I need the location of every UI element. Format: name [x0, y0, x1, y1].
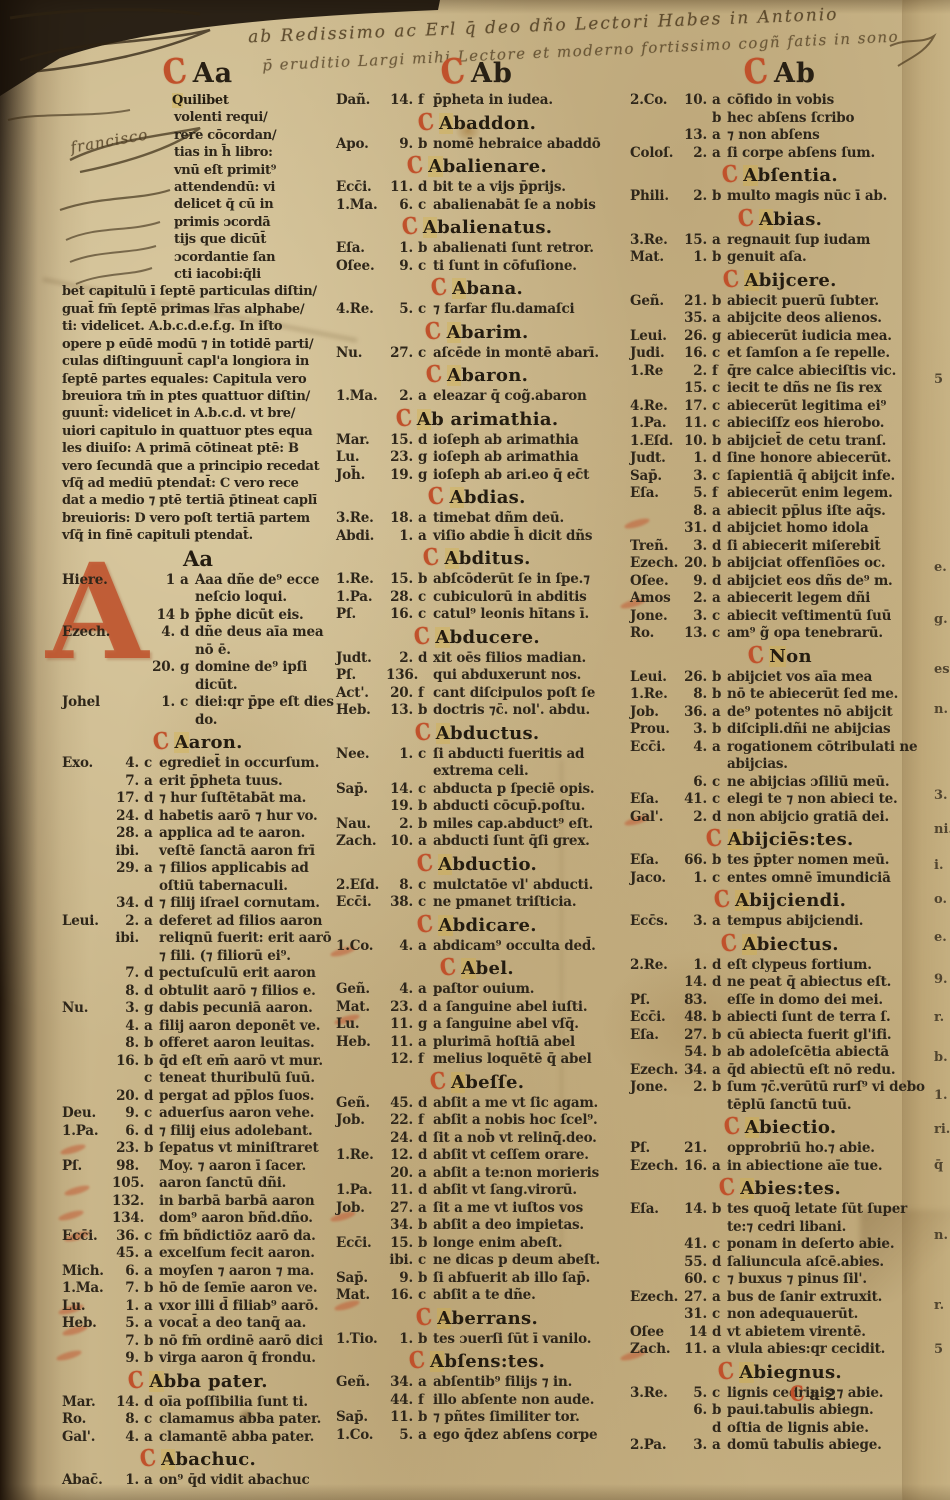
entry-row: 1.Re.8.bnō te abiecerūt ſed me. — [630, 686, 930, 704]
section-letter: a — [418, 1427, 433, 1445]
book-ref: 3.Re. — [630, 1385, 680, 1403]
book-ref: Eſa. — [630, 791, 680, 809]
entry-row: Joh̄.19.gioſeph ab ari.eo q̄ ec̄t — [336, 467, 618, 485]
citation-text: entes omnē īmundiciā — [727, 870, 930, 888]
chapter-number: 8. — [112, 1411, 144, 1429]
entry-row: Eſa.5.fabiecerūt enim legem. — [630, 485, 930, 503]
citation-text: abiecerūt legitima ei⁹ — [727, 398, 930, 416]
book-ref: Eſa. — [630, 852, 680, 870]
section-letter: b — [712, 1027, 727, 1045]
citation-text: bus de ſanir extruxit. — [727, 1289, 930, 1307]
citation-text: ſit a nob̄ vt relinq̄.deo. — [433, 1130, 618, 1148]
chapter-number: 132. — [112, 1193, 144, 1211]
section-letter: d — [418, 179, 433, 197]
section-heading: CAbarim. — [336, 320, 618, 344]
section-letter: a — [712, 145, 727, 163]
citation-text: abſit a nobis hoc ſcel⁹. — [433, 1112, 618, 1130]
book-ref: Ezech. — [630, 1158, 680, 1176]
chapter-number: 10. — [680, 433, 712, 451]
section-title-initial: A — [450, 487, 464, 508]
prologue-line: volenti requi/ — [174, 109, 334, 126]
column-header-label: Ab — [471, 58, 513, 89]
book-page: ab Redissimo ac Erl q̄ deo dño Lectori H… — [0, 0, 950, 1500]
section-title: bſens:tes. — [444, 1351, 545, 1372]
chapter-number: 2. — [386, 388, 418, 406]
section-letter: d — [712, 957, 727, 975]
book-ref: 1.Pa. — [62, 1123, 112, 1141]
entry-row: Gal'.2.dnon abijcio gratiā dei. — [630, 809, 930, 827]
book-ref: 1.Pa. — [336, 589, 386, 607]
edge-text-fragment: r. — [934, 1298, 950, 1313]
section-letter: d — [144, 1394, 159, 1412]
chapter-number: 7. — [112, 1333, 144, 1351]
section-letter: c — [712, 380, 727, 398]
citation-text: ſit a me vt iuſtos vos — [433, 1200, 618, 1218]
section-letter: b — [712, 188, 727, 206]
entry-row: Apo.9.bnomē hebraice abaddō — [336, 136, 618, 154]
citation-text: virga aaron q̄ frondu. — [159, 1350, 334, 1368]
section-letter: f — [418, 1392, 433, 1410]
book-ref: 1.Co. — [336, 938, 386, 956]
pilcrow-icon: C — [429, 273, 449, 301]
section-letter: b — [712, 1079, 727, 1097]
citation-text: abijciet homo idola — [727, 520, 930, 538]
entry-row: 20.dpergat ad pp̄los ſuos. — [62, 1088, 334, 1106]
prologue-line: dat a medio ⁊ ptē tertiā p̄tineat caplī — [62, 492, 334, 509]
citation-text: fm̄ bñdictiōz aarō da. — [159, 1228, 334, 1246]
section-letter: d — [418, 1130, 433, 1148]
chapter-number: 15. — [386, 432, 418, 450]
book-ref: Judi. — [630, 345, 680, 363]
chapter-number: 2. — [386, 816, 418, 834]
book-ref: Joh̄. — [336, 467, 386, 485]
section-title-initial: A — [743, 165, 757, 186]
section-title-initial: A — [745, 1117, 759, 1138]
chapter-number: 7. — [112, 773, 144, 791]
citation-text: ti ſunt in cōfuſione. — [433, 258, 618, 276]
section-title-initial: A — [452, 278, 466, 299]
section-letter: a — [144, 773, 159, 791]
entry-row: Mat.16.cabſit a te dñe. — [336, 1287, 618, 1305]
citation-text: tes quoq̄ letate ſūt ſuper te:⁊ cedri li… — [727, 1201, 930, 1236]
book-ref: 1.Pa. — [630, 415, 680, 433]
chapter-number: 41. — [680, 1236, 712, 1254]
citation-text: abiecti ſunt de terra ſ. — [727, 1009, 930, 1027]
section-letter: c — [712, 1306, 727, 1324]
entry-row: Prou.3.bdiſcipli.dñi ne abijcias — [630, 721, 930, 739]
section-letter: c — [144, 755, 159, 773]
entry-row: 17.d⁊ hur ſuſtētabāt ma. — [62, 790, 334, 808]
book-ref: Heb. — [336, 702, 386, 720]
chapter-number: 2. — [680, 809, 712, 827]
book-ref: Eſa. — [630, 1027, 680, 1045]
chapter-number: 20. — [680, 555, 712, 573]
entry-row: Pſ.83.eſſe in domo dei mei. — [630, 992, 930, 1010]
chapter-number: 45. — [112, 1245, 144, 1263]
chapter-number: 4. — [112, 1018, 144, 1036]
citation-text: de⁹ potentes nō abijcit — [727, 704, 930, 722]
prologue-line: tijs que dicūt̄ — [174, 231, 334, 248]
section-letter: d — [712, 538, 727, 556]
section-letter: a — [712, 704, 727, 722]
entry-row: Lu.11.ga ſanguine abel vſq̄. — [336, 1016, 618, 1034]
citation-text: longe enim abeſt. — [433, 1235, 618, 1253]
entry-row: 34.d⁊ filij iſrael cornutam. — [62, 895, 334, 913]
entry-row: 4.afilij aaron deponēt ve. — [62, 1018, 334, 1036]
chapter-number: 23. — [386, 449, 418, 467]
entry-row: Leui.2.adeferet ad filios aaron — [62, 913, 334, 931]
section-title: baddon. — [453, 113, 536, 134]
citation-text: elegi te ⁊ non abieci te. — [727, 791, 930, 809]
citation-text: in barbā barbā aaron — [159, 1193, 334, 1211]
citation-text: egrediet̄ in occurſum. — [159, 755, 334, 773]
chapter-number: 2. — [112, 913, 144, 931]
section-title: bachuc. — [175, 1449, 256, 1470]
edge-text-fragment: n. — [934, 1228, 950, 1243]
book-ref: Act'. — [336, 685, 386, 703]
section-letter: b — [712, 249, 727, 267]
section-letter: c — [418, 781, 433, 799]
entry-row: Eſa.14.btes quoq̄ letate ſūt ſuper te:⁊ … — [630, 1201, 930, 1236]
entry-row: Sap̄.3.cſapientiā q̄ abijcit infe. — [630, 468, 930, 486]
citation-text: eleazar q̄ cog̃.abaron — [433, 388, 618, 406]
edge-text-fragment: 3. — [934, 788, 950, 803]
book-ref: Pſ. — [336, 667, 386, 685]
book-ref: 3.Re. — [336, 510, 386, 528]
entry-row: Pſ.98.Moy. ⁊ aaron ī ſacer. — [62, 1158, 334, 1176]
chapter-number: 27. — [386, 345, 418, 363]
chapter-number: 26. — [680, 669, 712, 687]
section-letter: b — [712, 1009, 727, 1027]
section-title-initial: A — [439, 113, 453, 134]
citation-text: teneat thuribulū ſuū. — [159, 1070, 334, 1088]
chapter-number: 6. — [680, 774, 712, 792]
pilcrow-icon: C — [427, 482, 447, 510]
book-ref: Ro. — [630, 625, 680, 643]
entry-row: 7.dpectuſculū erit aaron — [62, 965, 334, 983]
citation-text: abſit a me vt ſic agam. — [433, 1095, 618, 1113]
entry-row: Eſa.1.babalienati ſunt retror. — [336, 240, 618, 258]
chapter-number: 5. — [680, 1385, 712, 1403]
citation-text: nomē hebraice abaddō — [433, 136, 618, 154]
entry-row: Deu.9.caduerſus aaron vehe. — [62, 1105, 334, 1123]
citation-text: multo magis nūc ī ab. — [727, 188, 930, 206]
chapter-number: 10. — [680, 92, 712, 110]
section-letter: b — [712, 1044, 727, 1062]
book-ref: Oſee. — [630, 573, 680, 591]
citation-text: ſi abiecerit miſerebit̄ — [727, 538, 930, 556]
section-letter: d — [144, 808, 159, 826]
chapter-number: 11. — [386, 1182, 418, 1200]
citation-text: reliqnū fuerit: erit aarō ⁊ fili. (⁊ fil… — [159, 930, 334, 965]
section-letter: c — [418, 877, 433, 895]
section-letter: c — [712, 1385, 727, 1403]
citation-text: ⁊ filij eius adolebant. — [159, 1123, 334, 1141]
section-title-initial: A — [451, 1072, 465, 1093]
prologue-line: vero ſecundā que a principio recedat — [62, 458, 334, 475]
section-letter: a — [418, 1374, 433, 1392]
chapter-number: 45. — [386, 1095, 418, 1113]
entry-list: 2.Co.10.acōfido in vobisbhec abſens ſcri… — [630, 92, 930, 1455]
entry-row: 20.aabſit a te:non morieris — [336, 1165, 618, 1183]
book-ref: Sap̄. — [336, 1409, 386, 1427]
book-ref: Jone. — [630, 608, 680, 626]
chapter-number: 14 — [148, 607, 180, 625]
section-heading: CAbaddon. — [336, 111, 618, 135]
book-ref: Ezech. — [62, 624, 112, 642]
prologue-line: les diuiſo: A primā cōtineat ptē: B — [62, 440, 334, 457]
section-title-initial: A — [447, 322, 461, 343]
book-ref: Oſee. — [336, 258, 386, 276]
citation-text: abducti cōcup̄.poſtu. — [433, 798, 618, 816]
citation-text: eſſe in domo dei mei. — [727, 992, 930, 1010]
section-letter: b — [712, 293, 727, 311]
section-title: barim. — [461, 322, 529, 343]
prologue-line: breuioris: D vero poſt tertiā partem — [62, 510, 334, 527]
section-letter: c — [144, 1228, 159, 1246]
entry-row: Ecc̄i.4.arogationem cōtribulati ne abijc… — [630, 739, 930, 774]
section-title: biegnus. — [754, 1362, 842, 1383]
citation-text: ne abijcias ɔſiliū meū. — [727, 774, 930, 792]
section-heading: CAbaron. — [336, 363, 618, 387]
entry-row: Ecc̄i.15.blonge enim abeſt. — [336, 1235, 618, 1253]
section-heading: CAbiectio. — [630, 1115, 930, 1139]
book-ref: Leui. — [62, 913, 112, 931]
citation-text: abalienati ſunt retror. — [433, 240, 618, 258]
section-letter: c — [144, 1070, 159, 1088]
citation-text: abſit a deo impietas. — [433, 1217, 618, 1235]
column-header-label: Ab — [774, 58, 816, 89]
chapter-number: 4. — [386, 938, 418, 956]
entry-row: 34.babſit a deo impietas. — [336, 1217, 618, 1235]
prologue-line: bet capitulū ī ſeptē particulas diſtin/ — [62, 283, 334, 300]
citation-text: ioſeph ab arimathia — [433, 449, 618, 467]
citation-text: cant diſcipulos poſt ſe — [433, 685, 618, 703]
section-title: baron. — [461, 365, 528, 386]
chapter-number: 1. — [386, 1331, 418, 1349]
chapter-number: 29. — [112, 860, 144, 878]
entry-row: Geñ.21.babiecit puerū ſubter. — [630, 293, 930, 311]
entry-row: 24.dſit a nob̄ vt relinq̄.deo. — [336, 1130, 618, 1148]
citation-text: miles cap.abduct⁹ eſt. — [433, 816, 618, 834]
section-title: bies:tes. — [754, 1178, 841, 1199]
section-letter: a — [712, 232, 727, 250]
prologue-line: attendendū: vi — [174, 179, 334, 196]
entry-row: Ecc̄i.36.cfm̄ bñdictiōz aarō da. — [62, 1228, 334, 1246]
citation-text: Moy. ⁊ aaron ī ſacer. — [159, 1158, 334, 1176]
signature-label: a 2 — [809, 1385, 836, 1404]
book-ref: Abdi. — [336, 528, 386, 546]
chapter-number: 16. — [386, 1287, 418, 1305]
edge-text-fragment: ni. — [934, 822, 950, 837]
citation-text: ſi abducti fueritis ad extrema celi. — [433, 746, 618, 781]
chapter-number: 4. — [680, 739, 712, 757]
section-title-initial: N — [769, 646, 786, 667]
book-ref: Mich. — [62, 1263, 112, 1281]
edge-text-fragment: b. — [934, 1050, 950, 1065]
prologue-opening-word: Quilibet — [172, 92, 334, 109]
entry-row: Pſ.21.opprobriū ho.⁊ abie. — [630, 1140, 930, 1158]
entry-row: 8.dobtulit aarō ⁊ filios e. — [62, 983, 334, 1001]
entry-row: Ezech.34.aq̄d abiectū eſt nō redu. — [630, 1062, 930, 1080]
citation-text: melius loquētē q̄ abel — [433, 1051, 618, 1069]
citation-text: ne dicas p deum abeſt. — [433, 1252, 618, 1270]
section-letter: d — [418, 999, 433, 1017]
section-title: bducere. — [450, 627, 540, 648]
book-ref: Ezech. — [630, 555, 680, 573]
book-ref: 1.Tio. — [336, 1331, 386, 1349]
chapter-number: 3. — [112, 1000, 144, 1018]
prologue-line: uiori capitulo in quattuor ptes equa — [62, 423, 334, 440]
section-heading: CAbel. — [336, 956, 618, 980]
section-title-initial: A — [739, 1362, 753, 1383]
citation-text: ego q̄dez abſens corpe — [433, 1427, 618, 1445]
citation-text: qui abduxerunt nos. — [433, 667, 618, 685]
section-letter: a — [418, 388, 433, 406]
book-ref: Ezech. — [630, 1062, 680, 1080]
chapter-number: 11. — [680, 1341, 712, 1359]
chapter-number: 9. — [112, 1105, 144, 1123]
section-letter: b — [144, 1140, 159, 1158]
chapter-number: 14. — [386, 92, 418, 110]
chapter-number: 1. — [386, 528, 418, 546]
entry-row: Ezech.20.babijciat offenſiōes oc. — [630, 555, 930, 573]
chapter-number: 14 — [680, 1324, 712, 1342]
section-letter: b — [418, 1235, 433, 1253]
entry-row: 45.aexcelſum fecit aaron. — [62, 1245, 334, 1263]
entry-row: 2.Eſd.8.cmulctatōe vl' abducti. — [336, 877, 618, 895]
section-letter: b — [144, 1053, 159, 1071]
pilcrow-icon: C — [424, 360, 444, 388]
chapter-number: 31. — [680, 520, 712, 538]
chapter-number: 17. — [680, 398, 712, 416]
prologue-line: delicet q̄ cū in — [174, 196, 334, 213]
citation-text: diei:qr p̄pe eſt dies do. — [195, 694, 334, 729]
section-letter: b — [712, 110, 727, 128]
chapter-number: 21. — [680, 1140, 712, 1158]
pilcrow-icon: C — [428, 1067, 448, 1095]
pilcrow-icon: C — [439, 54, 468, 92]
prologue-line: primis ɔcordā — [174, 214, 334, 231]
chapter-number: 34. — [680, 1062, 712, 1080]
citation-text: oſtia de lignis abie. — [727, 1420, 930, 1438]
chapter-number: 83. — [680, 992, 712, 1010]
entry-row: 16.bq̄d eſt em̄ aarō vt mur. — [62, 1053, 334, 1071]
book-ref: Nu. — [62, 1000, 112, 1018]
entry-row: Ezech.16.ain abiectione aīe tue. — [630, 1158, 930, 1176]
entry-row: 12.fmelius loquētē q̄ abel — [336, 1051, 618, 1069]
section-letter: a — [418, 1200, 433, 1218]
section-title: bijcere. — [759, 270, 837, 291]
pilcrow-icon: C — [716, 1357, 736, 1385]
entry-row: Ezech.27.abus de ſanir extruxit. — [630, 1289, 930, 1307]
section-letter: d — [418, 1182, 433, 1200]
book-ref: Ecc̄i. — [336, 179, 386, 197]
entry-list: Hiere.1aAaa dñe de⁹ ecce neſcio loqui.14… — [62, 572, 334, 1490]
entry-row: Sap̄.11.b⁊ pñtes ſimiliter tor. — [336, 1409, 618, 1427]
citation-text: a ſanguine abel iuſti. — [433, 999, 618, 1017]
citation-text: abiecerūt enim legem. — [727, 485, 930, 503]
entry-row: Judt.2.dxit oēs filios madian. — [336, 650, 618, 668]
section-letter: a — [418, 981, 433, 999]
section-letter: d — [712, 573, 727, 591]
section-letter: a — [180, 572, 195, 590]
chapter-number: 14. — [680, 1201, 712, 1219]
entry-row: Ecc̄s.3.atempus abijciendi. — [630, 913, 930, 931]
column-right: CAb 2.Co.10.acōfido in vobisbhec abſens … — [630, 58, 930, 1455]
section-title: bdias. — [464, 487, 526, 508]
prologue-line: ti: videlicet. A.b.c.d.e.f.g. In iſto — [62, 318, 334, 335]
book-ref: Johel — [62, 694, 112, 712]
section-title: bſentia. — [758, 165, 838, 186]
chapter-number: 17. — [112, 790, 144, 808]
chapter-number: 1. — [386, 240, 418, 258]
section-letter: f — [418, 1112, 433, 1130]
section-letter: d — [712, 974, 727, 992]
chapter-number: 1. — [680, 870, 712, 888]
entry-row: Ro.8.cclamamus abba pater. — [62, 1411, 334, 1429]
edge-text-fragment: 5 — [934, 1342, 950, 1357]
citation-text: cū abiecta fuerit gl'ifi. — [727, 1027, 930, 1045]
entry-row: 1.Re.15.babſcōderūt ſe in ſpe.⁊ — [336, 571, 618, 589]
section-letter: f — [712, 363, 727, 381]
citation-text: clamantē abba pater. — [159, 1429, 334, 1447]
chapter-number: 44. — [386, 1392, 418, 1410]
section-letter: b — [418, 798, 433, 816]
entry-row: 1.Ma.6.cabalienabāt ſe a nobis — [336, 197, 618, 215]
prologue-line: guat̄ fm̄ ſeptē primas lr̄as alphabe/ — [62, 301, 334, 318]
section-title-initial: A — [728, 829, 742, 850]
section-title: bias. — [773, 209, 822, 230]
section-letter: b — [418, 1270, 433, 1288]
section-letter: c — [418, 1252, 433, 1270]
entry-row: 3.Re.18.atimebat dñm deū. — [336, 510, 618, 528]
section-letter: d — [712, 1420, 727, 1438]
citation-text: oīa poſſibilia ſunt ti. — [159, 1394, 334, 1412]
section-heading: CAbducere. — [336, 625, 618, 649]
section-heading: CAbijciendi. — [630, 888, 930, 912]
edge-text-fragment: r. — [934, 1010, 950, 1025]
section-letter: a — [418, 510, 433, 528]
citation-text: dñe deus aīa mea nō ē. — [195, 624, 334, 659]
citation-text: vxor illi d̄ filiab⁹ aarō. — [159, 1298, 334, 1316]
section-letter: d — [180, 624, 195, 642]
pilcrow-icon: C — [722, 1112, 742, 1140]
book-ref: Heb. — [62, 1315, 112, 1333]
chapter-number: ibi. — [386, 1252, 418, 1270]
citation-text: abiecit puerū ſubter. — [727, 293, 930, 311]
chapter-number: 134. — [112, 1210, 144, 1228]
citation-text: abſit a te:non morieris — [433, 1165, 618, 1183]
entry-row: Johel1.cdiei:qr p̄pe eſt dies do. — [62, 694, 334, 729]
chapter-number: 3. — [680, 1437, 712, 1455]
section-letter: b — [712, 669, 727, 687]
section-letter: d — [418, 1147, 433, 1165]
entry-row: 1.Pa.28.ccubiculorū in abditis — [336, 589, 618, 607]
chapter-number: 20. — [386, 685, 418, 703]
section-letter: a — [712, 92, 727, 110]
book-ref: 1.Re — [630, 363, 680, 381]
chapter-number: 16. — [112, 1053, 144, 1071]
section-letter: a — [418, 1165, 433, 1183]
chapter-number: 11. — [386, 1016, 418, 1034]
edge-text-fragment: n. — [934, 702, 950, 717]
book-ref: Gal'. — [62, 1429, 112, 1447]
entry-row: Job.36.ade⁹ potentes nō abijcit — [630, 704, 930, 722]
book-ref: Judt. — [630, 450, 680, 468]
section-title-initial: A — [735, 890, 749, 911]
citation-text: abalienabāt ſe a nobis — [433, 197, 618, 215]
